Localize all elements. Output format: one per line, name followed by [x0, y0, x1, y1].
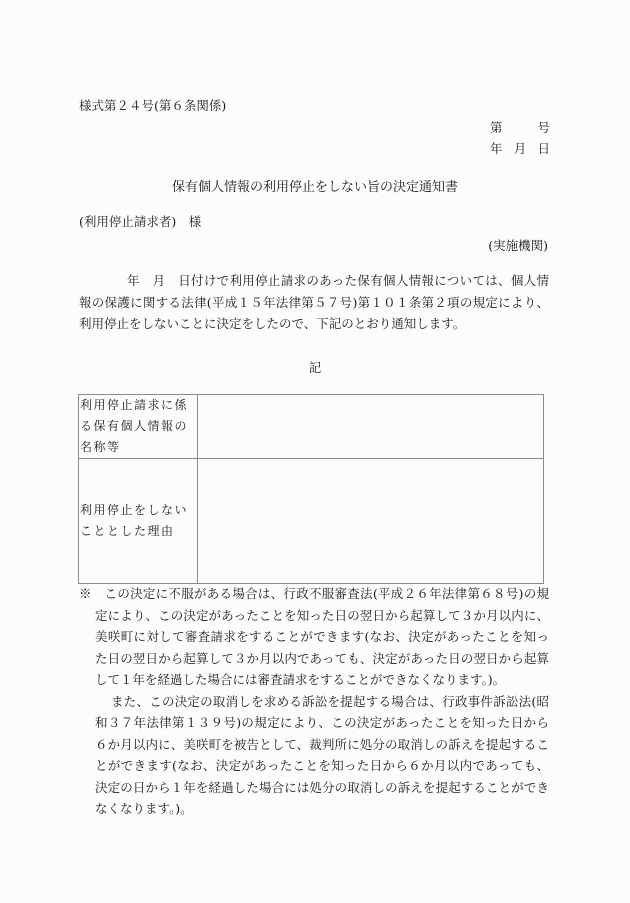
appeal-note: ※ この決定に不服がある場合は、行政不服審査法(平成２６年法律第６８号)の規定に… [79, 583, 549, 691]
body-paragraph-block: 年 月 日付けで利用停止請求のあった保有個人情報については、個人情報の保護に関す… [79, 270, 549, 335]
date-day: 日 [537, 139, 550, 157]
table-row: 利用停止請求に係る保有個人情報の名称等 [79, 395, 544, 459]
body-paragraph: 年 月 日付けで利用停止請求のあった保有個人情報については、個人情報の保護に関す… [79, 270, 549, 335]
document-date: 年 月 日 [490, 139, 550, 157]
reason-value [198, 459, 544, 584]
document-number: 第 号 [490, 118, 550, 136]
document-title: 保有個人情報の利用停止をしない旨の決定通知書 [0, 176, 630, 195]
ki-heading: 記 [0, 358, 630, 376]
addressee: (利用停止請求者) 様 [79, 212, 201, 230]
info-name-value [198, 395, 544, 459]
record-table: 利用停止請求に係る保有個人情報の名称等 利用停止をしないこととした理由 [78, 394, 544, 584]
issuing-agency: (実施機関) [488, 236, 548, 254]
document-number-prefix: 第 [490, 118, 503, 136]
date-month: 月 [514, 139, 527, 157]
date-year: 年 [490, 139, 503, 157]
lawsuit-note: また、この決定の取消しを求める訴訟を提起する場合は、行政事件訴訟法(昭和３７年法… [79, 691, 549, 820]
form-number: 様式第２４号(第６条関係) [79, 96, 226, 114]
table-row: 利用停止をしないこととした理由 [79, 459, 544, 584]
document-number-suffix: 号 [537, 118, 550, 136]
notes-block: ※ この決定に不服がある場合は、行政不服審査法(平成２６年法律第６８号)の規定に… [79, 583, 549, 820]
info-name-label: 利用停止請求に係る保有個人情報の名称等 [79, 395, 198, 459]
reason-label: 利用停止をしないこととした理由 [79, 459, 198, 584]
